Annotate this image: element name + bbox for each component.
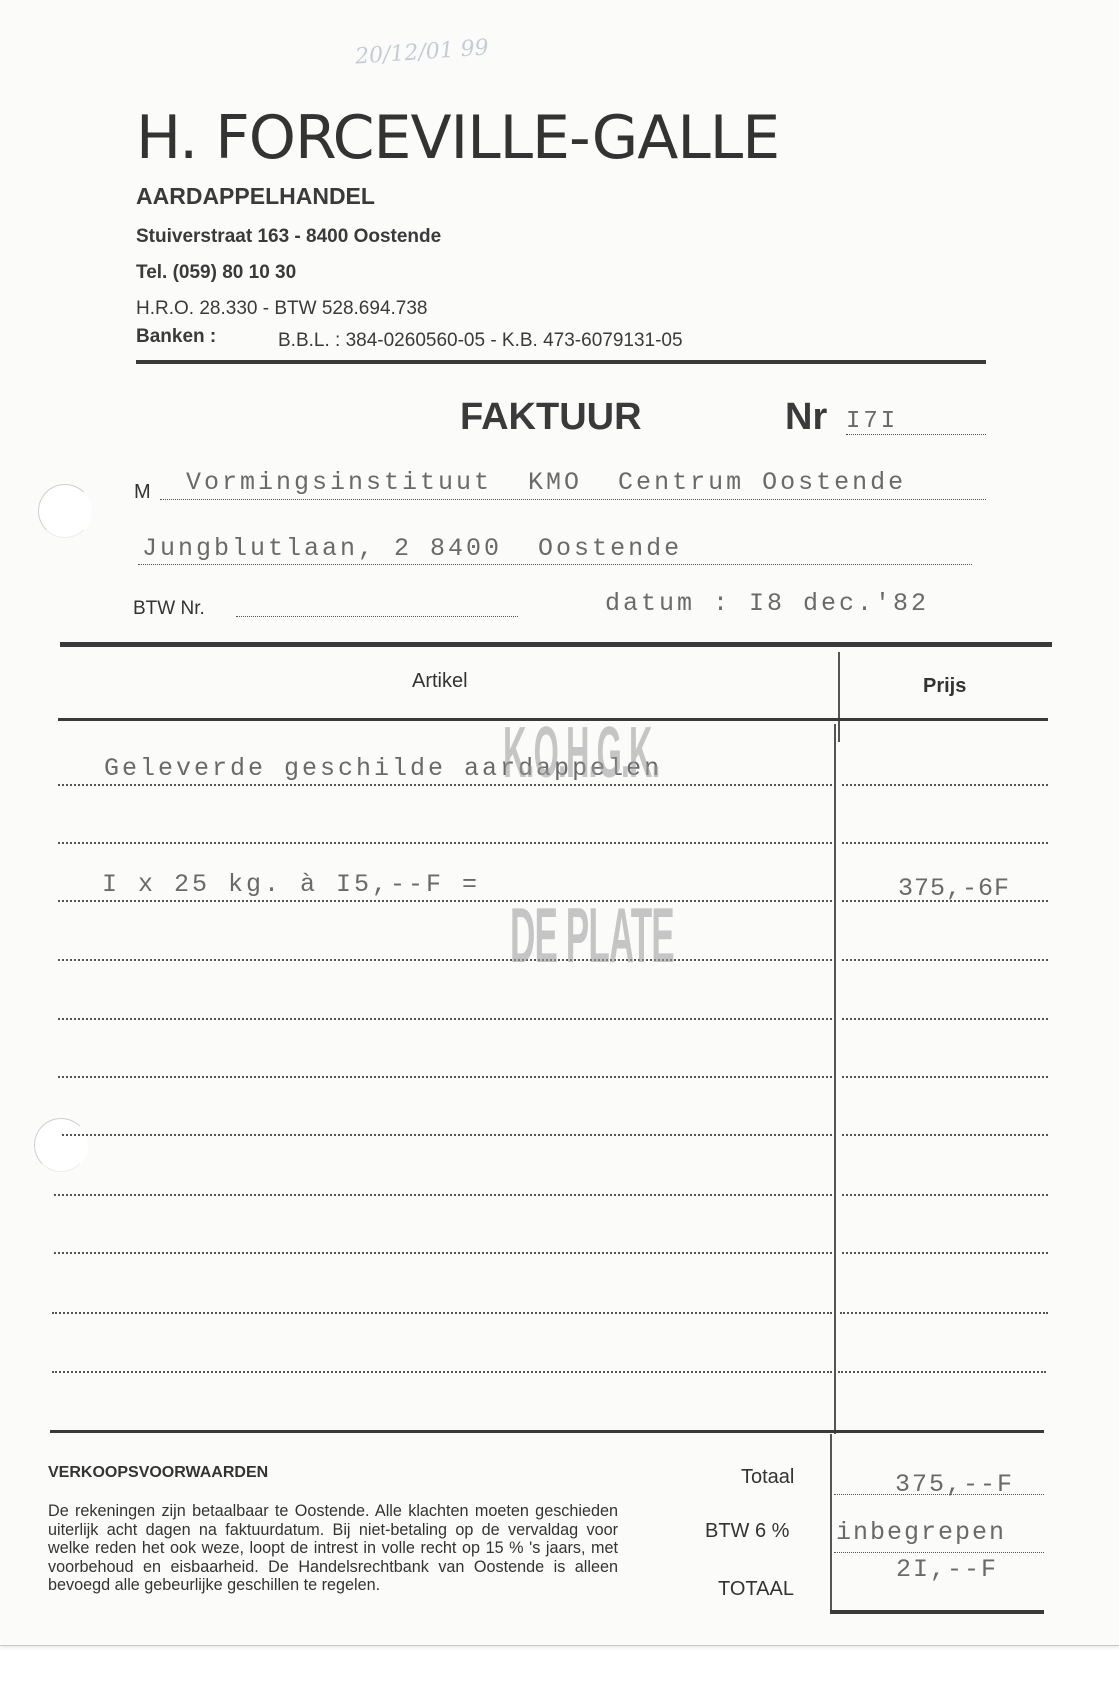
row-line-artikel: [58, 959, 832, 961]
totals-divider: [830, 1434, 832, 1614]
row-line-prijs: [842, 1018, 1048, 1020]
company-registration: H.R.O. 28.330 - BTW 528.694.738: [136, 298, 428, 320]
customer-address: Jungblutlaan, 2 8400 Oostende: [142, 534, 682, 563]
row-line-artikel: [54, 1194, 832, 1196]
watermark-line1: K.O.H.G.K.: [503, 712, 660, 794]
column-header-prijs: Prijs: [923, 675, 966, 698]
company-name: H. FORCEVILLE-GALLE: [136, 103, 779, 173]
vat-line: [834, 1552, 1044, 1553]
row-line-artikel: [54, 1252, 832, 1254]
row-line-prijs: [842, 1194, 1048, 1196]
vat-label: BTW 6 %: [705, 1520, 789, 1543]
row-line-prijs: [838, 1371, 1046, 1373]
invoice-title: FAKTUUR: [460, 396, 642, 439]
invoice-number-line: [846, 434, 986, 435]
row-line-prijs: [842, 842, 1048, 844]
invoice-number: I7I: [846, 408, 898, 435]
row-line-artikel: [58, 784, 832, 786]
watermark-line2: DE PLATE: [510, 890, 674, 981]
punch-hole-bottom: [34, 1118, 88, 1172]
row-line-artikel: [62, 1134, 832, 1136]
row-line-prijs: [842, 1252, 1048, 1254]
subtotal-label: Totaal: [741, 1466, 794, 1489]
invoice-date: datum : I8 dec.'82: [605, 589, 929, 618]
row-line-artikel: [58, 1018, 832, 1020]
company-phone: Tel. (059) 80 10 30: [136, 262, 296, 284]
column-divider: [838, 652, 840, 742]
table-bottom-rule: [50, 1430, 1044, 1433]
row-line-artikel: [58, 842, 832, 844]
terms-text: De rekeningen zijn betaalbaar te Oostend…: [48, 1502, 618, 1595]
company-trade: AARDAPPELHANDEL: [136, 183, 375, 210]
banks-label: Banken :: [136, 326, 216, 348]
row-line-artikel: [58, 900, 832, 902]
row-line-prijs: [840, 1312, 1048, 1314]
column-header-artikel: Artikel: [412, 670, 468, 693]
row-line-prijs: [842, 900, 1048, 902]
subtotal-line: [834, 1494, 1044, 1495]
row-line-artikel: [52, 1312, 832, 1314]
btw-label: BTW Nr.: [133, 598, 205, 620]
column-divider-body: [834, 724, 836, 1434]
customer-prefix: M: [134, 481, 151, 504]
total-label: TOTAAL: [718, 1578, 794, 1601]
row-line-prijs: [842, 959, 1048, 961]
customer-name-line: [160, 499, 986, 500]
row-line-prijs: [842, 1076, 1048, 1078]
invoice-number-label: Nr: [785, 396, 827, 439]
punch-hole-top: [38, 484, 92, 538]
vat-included: inbegrepen: [836, 1518, 1006, 1547]
invoice-paper: 20/12/01 99 H. FORCEVILLE-GALLE AARDAPPE…: [0, 0, 1119, 1646]
company-address: Stuiverstraat 163 - 8400 Oostende: [136, 226, 441, 248]
handwritten-note: 20/12/01 99: [354, 35, 489, 69]
btw-number-field: [236, 616, 518, 617]
row-line-prijs: [842, 1134, 1048, 1136]
banks-value: B.B.L. : 384-0260560-05 - K.B. 473-60791…: [278, 330, 683, 352]
row-line-artikel: [58, 1076, 832, 1078]
customer-name: Vormingsinstituut KMO Centrum Oostende: [186, 468, 906, 497]
total-rule: [830, 1610, 1044, 1614]
row-prijs: 375,-6F: [898, 874, 1010, 903]
row-line-prijs: [842, 784, 1048, 786]
row-artikel: I x 25 kg. à I5,--F =: [102, 870, 480, 899]
letterhead-divider: [136, 360, 986, 364]
row-line-artikel: [52, 1371, 832, 1373]
customer-address-line: [138, 564, 972, 565]
terms-title: VERKOOPSVOORWAARDEN: [48, 1464, 268, 1482]
vat-amount: 2I,--F: [896, 1555, 998, 1584]
table-top-rule: [60, 642, 1052, 647]
